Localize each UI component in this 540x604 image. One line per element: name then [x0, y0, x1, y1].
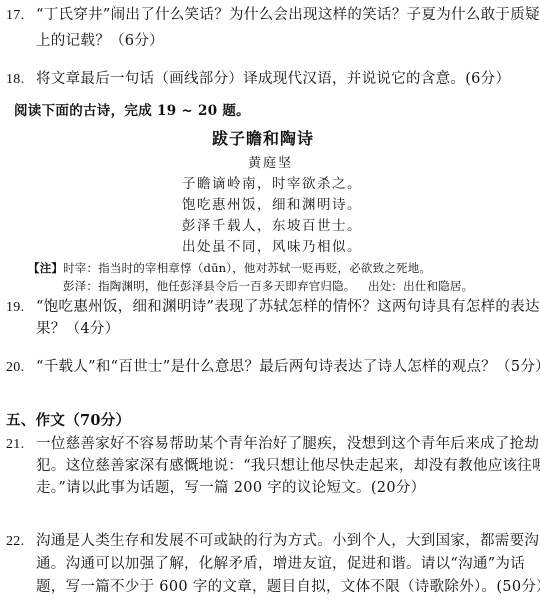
poem-note-1: 【注】时宰：指当时的宰相章惇（dūn），他对苏轼一贬再贬，必欲致之死地。 [28, 260, 431, 276]
question-text-line: 将文章最后一句话（画线部分）译成现代汉语，并说说它的含意。(6分） [36, 71, 510, 87]
poem-title: 跋子瞻和陶诗 [212, 126, 314, 149]
question-text-line: “千载人”和“百世士”是什么意思？最后两句诗表达了诗人怎样的观点？（5分） [36, 359, 540, 375]
question-18: 18.将文章最后一句话（画线部分）译成现代汉语，并说说它的含意。(6分） [6, 68, 510, 91]
question-text-line: “饱吃惠州饭，细和渊明诗”表现了苏轼怎样的情怀？这两句诗具有怎样的表达效 [36, 299, 540, 315]
question-number: 18. [6, 69, 36, 91]
note-text: 时宰：指当时的宰相章惇（dūn），他对苏轼一贬再贬，必欲致之死地。 [63, 261, 431, 275]
poem-line: 子瞻谪岭南，时宰欲杀之。 [182, 172, 362, 192]
question-number: 17. [6, 5, 36, 27]
question-17: 17.“丁氏穿井”闹出了什么笑话？为什么会出现这样的笑话？子夏为什么敢于质疑书 [6, 4, 540, 27]
question-text-line: 沟通是人类生存和发展不可或缺的行为方式。小到个人，大到国家，都需要沟 [36, 533, 539, 549]
poem-line: 饱吃惠州饭，细和渊明诗。 [182, 193, 362, 213]
poem-line: 出处虽不同，风味乃相似。 [182, 235, 362, 255]
poem-note-3: 出处：出仕和隐居。 [368, 278, 473, 294]
question-number: 20. [6, 357, 36, 379]
reading-instructions: 阅读下面的古诗，完成 19 ~ 20 题。 [14, 100, 250, 122]
question-20: 20.“千载人”和“百世士”是什么意思？最后两句诗表达了诗人怎样的观点？（5分） [6, 356, 540, 379]
poem-note-2: 彭泽：指陶渊明，他任彭泽县令后一百多天即弃官归隐。 [63, 278, 356, 294]
section-heading: 五、作文（70分） [6, 410, 130, 432]
question-number: 19. [6, 297, 36, 319]
question-22: 22.沟通是人类生存和发展不可或缺的行为方式。小到个人，大到国家，都需要沟 [6, 530, 539, 553]
question-19-line2: 果？（4分） [36, 318, 120, 340]
question-21-line2: 犯。这位慈善家深有感慨地说：“我只想让他尽快走起来，却没有教他应该往哪里 [36, 455, 540, 477]
question-22-line3: 题，写一篇不少于 600 字的文章，题目自拟，文体不限（诗歌除外）。(50分） [36, 576, 540, 598]
question-number: 21. [6, 434, 36, 456]
poem-author: 黄庭坚 [248, 152, 293, 171]
question-19: 19.“饱吃惠州饭，细和渊明诗”表现了苏轼怎样的情怀？这两句诗具有怎样的表达效 [6, 296, 540, 319]
note-label: 【注】 [28, 261, 63, 275]
question-text-line: 一位慈善家好不容易帮助某个青年治好了腿疾，没想到这个青年后来成了抢劫 [36, 436, 539, 452]
question-21-line3: 走。”请以此事为话题，写一篇 200 字的议论短文。(20分） [36, 477, 425, 499]
question-number: 22. [6, 531, 36, 553]
question-17-line2: 上的记载？（6分） [36, 30, 164, 52]
poem-line: 彭泽千载人，东坡百世士。 [182, 214, 362, 234]
question-text-line: “丁氏穿井”闹出了什么笑话？为什么会出现这样的笑话？子夏为什么敢于质疑书 [36, 7, 540, 23]
question-22-line2: 通。沟通可以加强了解，化解矛盾，增进友谊，促进和谐。请以“沟通”为话 [36, 553, 525, 575]
question-21: 21.一位慈善家好不容易帮助某个青年治好了腿疾，没想到这个青年后来成了抢劫 [6, 433, 539, 456]
